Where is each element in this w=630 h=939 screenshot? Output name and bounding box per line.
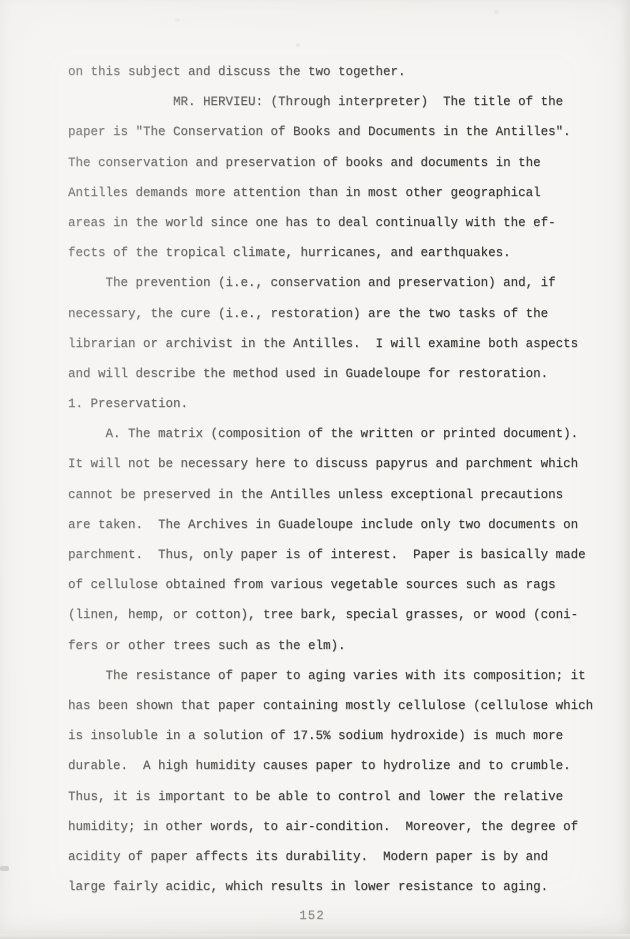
text-line: humidity; in other words, to air-conditi… [68, 812, 610, 842]
scanned-page: on this subject and discuss the two toge… [0, 0, 630, 939]
scan-artifact-mark [0, 866, 9, 871]
text-line: areas in the world since one has to deal… [68, 208, 610, 238]
text-line: 1. Preservation. [68, 389, 610, 419]
text-line: The prevention (i.e., conservation and p… [68, 268, 610, 298]
text-line: necessary, the cure (i.e., restoration) … [68, 299, 610, 329]
text-line: are taken. The Archives in Guadeloupe in… [68, 510, 610, 540]
text-line: has been shown that paper containing mos… [68, 691, 610, 721]
text-line: librarian or archivist in the Antilles. … [68, 329, 610, 359]
text-line: The resistance of paper to aging varies … [68, 661, 610, 691]
text-line: on this subject and discuss the two toge… [68, 57, 610, 87]
text-line: of cellulose obtained from various veget… [68, 570, 610, 600]
text-line: Antilles demands more attention than in … [68, 178, 610, 208]
scan-speck [494, 10, 499, 14]
text-line: and will describe the method used in Gua… [68, 359, 610, 389]
page-text: on this subject and discuss the two toge… [68, 57, 610, 902]
text-line: (linen, hemp, or cotton), tree bark, spe… [68, 600, 610, 630]
text-line: parchment. Thus, only paper is of intere… [68, 540, 610, 570]
text-line: durable. A high humidity causes paper to… [68, 751, 610, 781]
text-line: large fairly acidic, which results in lo… [68, 872, 610, 902]
text-line: cannot be preserved in the Antilles unle… [68, 480, 610, 510]
scan-speck [296, 43, 300, 47]
text-line: A. The matrix (composition of the writte… [68, 419, 610, 449]
text-line: Thus, it is important to be able to cont… [68, 782, 610, 812]
text-line: fects of the tropical climate, hurricane… [68, 238, 610, 268]
text-line: fers or other trees such as the elm). [68, 631, 610, 661]
text-line: paper is "The Conservation of Books and … [68, 117, 610, 147]
text-line: MR. HERVIEU: (Through interpreter) The t… [68, 87, 610, 117]
page-bottom-edge [0, 934, 630, 939]
scan-speck [175, 18, 180, 22]
page-number: 152 [0, 909, 624, 923]
text-line: is insoluble in a solution of 17.5% sodi… [68, 721, 610, 751]
text-line: It will not be necessary here to discuss… [68, 449, 610, 479]
text-line: acidity of paper affects its durability.… [68, 842, 610, 872]
text-line: The conservation and preservation of boo… [68, 148, 610, 178]
